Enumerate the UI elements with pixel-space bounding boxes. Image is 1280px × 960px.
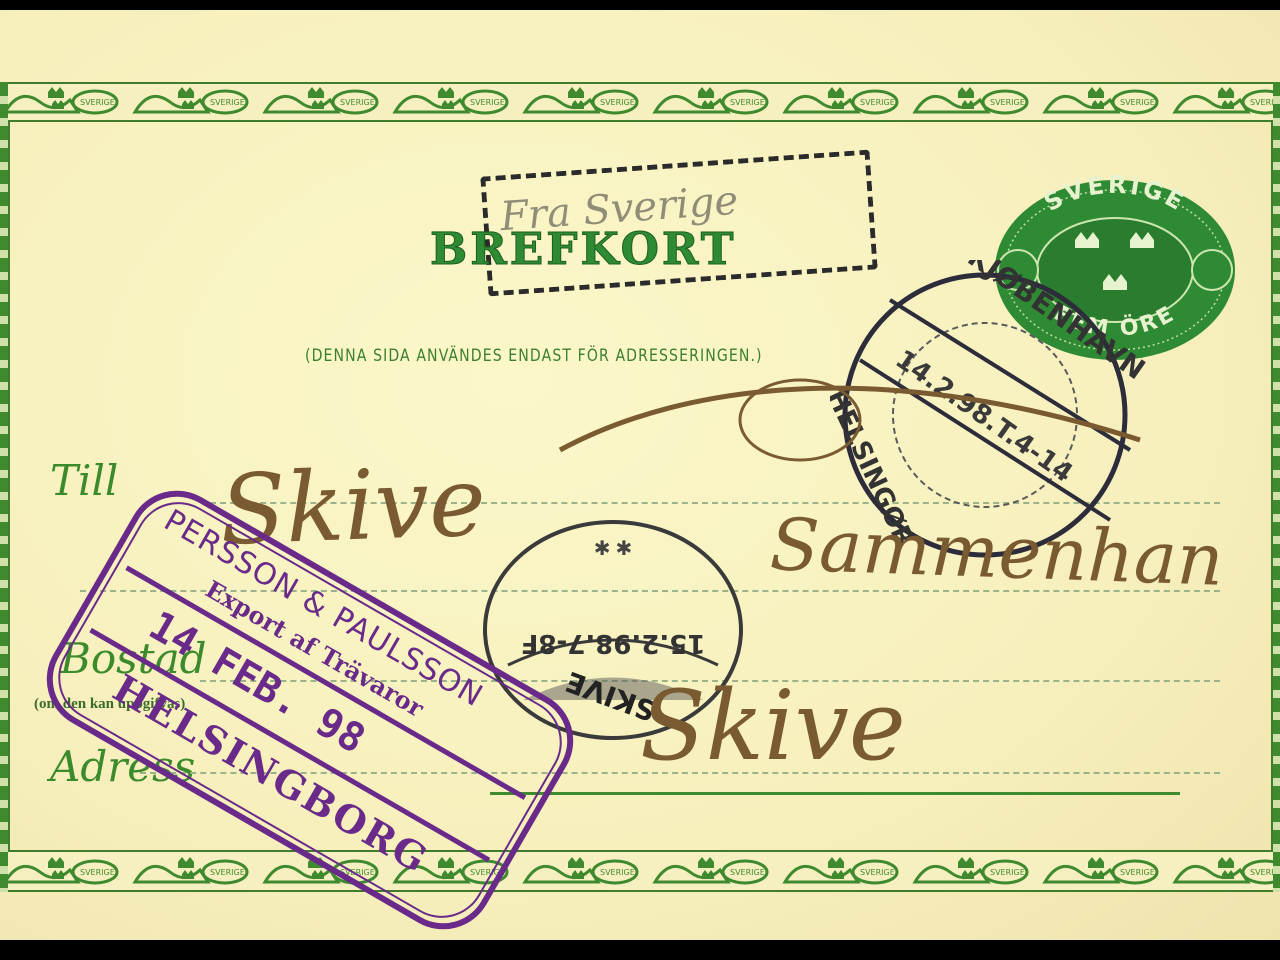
handwritten-line-3: Skive <box>640 670 906 782</box>
svg-text:15.2.98.7-8F: 15.2.98.7-8F <box>521 628 706 658</box>
crown-ornament-border <box>0 852 1280 892</box>
right-border-band <box>1273 82 1280 892</box>
address-underline <box>490 792 1180 795</box>
top-border-band: SVERIGE <box>0 82 1280 122</box>
card-title: BREFKORT <box>430 224 736 275</box>
crown-ornament-border: SVERIGE <box>0 82 1280 122</box>
star-icon: ✱ ✱ <box>594 538 633 560</box>
label-till: Till <box>50 456 118 505</box>
handwriting-flourish <box>540 350 1160 470</box>
postcard: SVERIGE Fra Sverige BREFKORT <box>0 10 1280 940</box>
handwritten-line-1-cont: Sammenhan <box>769 502 1225 602</box>
left-border-band <box>0 82 8 892</box>
bottom-border-band <box>0 852 1280 892</box>
